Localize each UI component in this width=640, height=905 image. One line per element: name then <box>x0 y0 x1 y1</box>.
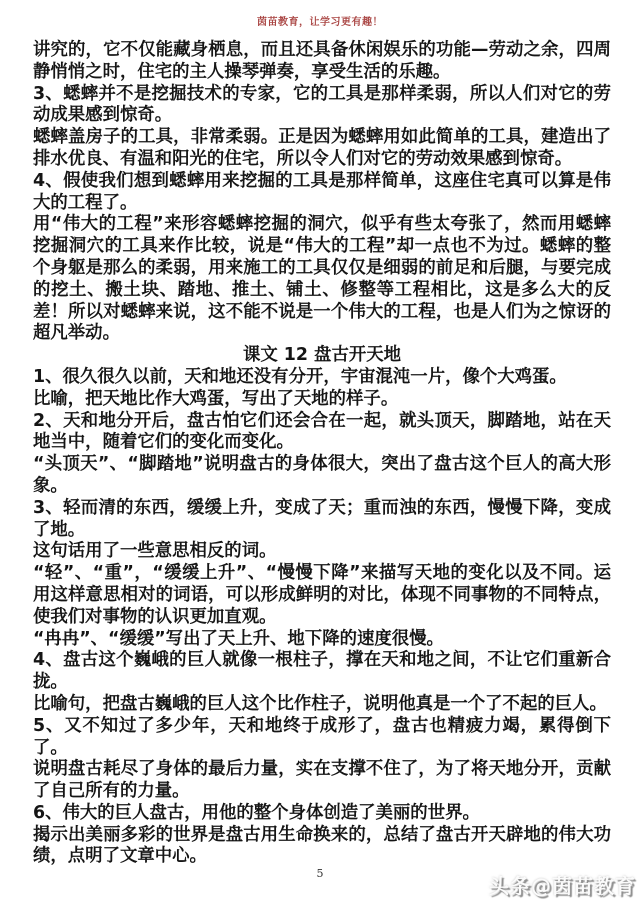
paragraph: 2、天和地分开后，盘古怕它们还会合在一起，就头顶天，脚踏地，站在天地当中，随着它… <box>33 411 611 455</box>
lesson-title: 课文 12 盘古开天地 <box>33 345 611 367</box>
paragraph: 6、伟大的巨人盘古，用他的整个身体创造了美丽的世界。 <box>33 803 611 825</box>
paragraph: 这句话用了一些意思相反的词。 <box>33 541 611 563</box>
toutiao-watermark: 头条@茵苗教育 <box>489 870 636 899</box>
paragraph-list: 讲究的，它不仅能藏身栖息，而且还具备休闲娱乐的功能—劳动之余，四周静悄悄之时，住… <box>33 40 611 868</box>
paragraph: 讲究的，它不仅能藏身栖息，而且还具备休闲娱乐的功能—劳动之余，四周静悄悄之时，住… <box>33 40 611 84</box>
paragraph: 比喻，把天地比作大鸡蛋，写出了天地的样子。 <box>33 389 611 411</box>
paragraph: 4、盘古这个巍峨的巨人就像一根柱子，撑在天和地之间，不让它们重新合拢。 <box>33 650 611 694</box>
paragraph: 揭示出美丽多彩的世界是盘古用生命换来的，总结了盘古开天辟地的伟大功绩，点明了文章… <box>33 825 611 869</box>
paragraph: 5、又不知过了多少年，天和地终于成形了，盘古也精疲力竭，累得倒下了。 <box>33 716 611 760</box>
paragraph: 说明盘古耗尽了身体的最后力量，实在支撑不住了，为了将天地分开，贡献了自己所有的力… <box>33 759 611 803</box>
header-slogan: 茵苗教育，让学习更有趣！ <box>0 13 640 28</box>
paragraph: 蟋蟀盖房子的工具，非常柔弱。正是因为蟋蟀用如此简单的工具，建造出了排水优良、有温… <box>33 127 611 171</box>
paragraph: 用“伟大的工程”来形容蟋蟀挖掘的洞穴，似乎有些太夸张了，然而用蟋蟀挖掘洞穴的工具… <box>33 214 611 345</box>
paragraph: 3、轻而清的东西，缓缓上升，变成了天；重而浊的东西，慢慢下降，变成了地。 <box>33 498 611 542</box>
paragraph: 比喻句，把盘古巍峨的巨人这个比作柱子，说明他真是一个了不起的巨人。 <box>33 694 611 716</box>
paragraph: 4、假使我们想到蟋蟀用来挖掘的工具是那样简单，这座住宅真可以算是伟大的工程了。 <box>33 171 611 215</box>
paragraph: “轻”、“重”，“缓缓上升”、“慢慢下降”来描写天地的变化以及不同。运用这样意思… <box>33 563 611 628</box>
paragraph: “冉冉”、“缓缓”写出了天上升、地下降的速度很慢。 <box>33 629 611 651</box>
paragraph: “头顶天”、“脚踏地”说明盘古的身体很大，突出了盘古这个巨人的高大形象。 <box>33 454 611 498</box>
document-page: { "page": { "header_slogan": "茵苗教育，让学习更有… <box>0 0 640 905</box>
paragraph: 1、很久很久以前，天和地还没有分开，宇宙混沌一片，像个大鸡蛋。 <box>33 367 611 389</box>
paragraph: 3、蟋蟀并不是挖掘技术的专家，它的工具是那样柔弱，所以人们对它的劳动成果感到惊奇… <box>33 84 611 128</box>
document-body: 讲究的，它不仅能藏身栖息，而且还具备休闲娱乐的功能—劳动之余，四周静悄悄之时，住… <box>33 40 611 868</box>
